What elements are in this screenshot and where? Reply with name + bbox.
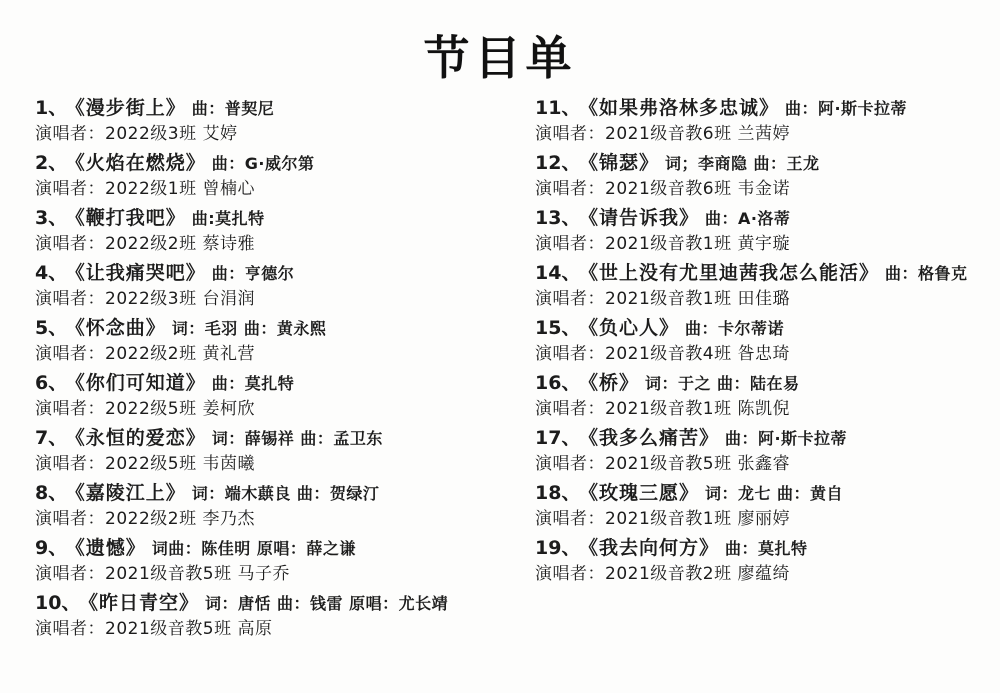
song-title: 《桥》	[588, 372, 639, 394]
item-number: 14、	[535, 262, 580, 284]
song-credits: 曲：阿·斯卡拉蒂	[725, 429, 847, 448]
program-item-heading: 12、《锦瑟》词；李商隐 曲：王龙	[535, 151, 995, 176]
program-item: 13、《请告诉我》曲：A·洛蒂 演唱者：2021级音教1班 黄宇璇	[535, 206, 995, 256]
song-title: 《漫步街上》	[75, 97, 186, 119]
performer-line: 演唱者：2022级2班 蔡诗雅	[35, 232, 535, 256]
song-credits: 曲：A·洛蒂	[705, 209, 790, 228]
song-title: 《请告诉我》	[588, 207, 699, 229]
program-item: 16、《桥》词：于之 曲：陆在易 演唱者：2021级音教1班 陈凯倪	[535, 371, 995, 421]
program-item: 18、《玫瑰三愿》词：龙七 曲：黄自 演唱者：2021级音教1班 廖丽婷	[535, 481, 995, 531]
song-credits: 曲:莫扎特	[192, 209, 265, 228]
song-credits: 曲：格鲁克	[885, 264, 968, 283]
item-number: 17、	[535, 427, 580, 449]
performer-line: 演唱者：2021级音教6班 兰茜婷	[535, 122, 995, 146]
song-title: 《遗憾》	[75, 537, 146, 559]
program-list-right: 11、《如果弗洛林多忠诚》曲：阿·斯卡拉蒂 演唱者：2021级音教6班 兰茜婷 …	[535, 96, 995, 646]
song-title: 《火焰在燃烧》	[75, 152, 206, 174]
performer-line: 演唱者：2021级音教1班 黄宇璇	[535, 232, 995, 256]
performer-line: 演唱者：2022级3班 台涓润	[35, 287, 535, 311]
program-item-heading: 19、《我去向何方》曲：莫扎特	[535, 536, 995, 561]
program-item-heading: 16、《桥》词：于之 曲：陆在易	[535, 371, 995, 396]
performer-line: 演唱者：2021级音教5班 张鑫睿	[535, 452, 995, 476]
program-item: 2、《火焰在燃烧》曲：G·威尔第 演唱者：2022级1班 曾楠心	[35, 151, 535, 201]
song-credits: 词：龙七 曲：黄自	[705, 484, 843, 503]
song-title: 《你们可知道》	[75, 372, 206, 394]
program-item-heading: 7、《永恒的爱恋》词：薛锡祥 曲：孟卫东	[35, 426, 535, 451]
item-number: 9、	[35, 537, 67, 559]
program-sheet: 节目单 1、《漫步街上》曲：普契尼 演唱者：2022级3班 艾婷 2、《火焰在燃…	[0, 0, 1000, 693]
song-credits: 词：唐恬 曲：钱雷 原唱：尤长靖	[205, 594, 448, 613]
program-item: 14、《世上没有尤里迪茜我怎么能活》曲：格鲁克 演唱者：2021级音教1班 田佳…	[535, 261, 995, 311]
song-credits: 词：薛锡祥 曲：孟卫东	[212, 429, 383, 448]
item-number: 2、	[35, 152, 67, 174]
program-item: 12、《锦瑟》词；李商隐 曲：王龙 演唱者：2021级音教6班 韦金诺	[535, 151, 995, 201]
item-number: 18、	[535, 482, 580, 504]
item-number: 4、	[35, 262, 67, 284]
program-item-heading: 8、《嘉陵江上》词：端木蕻良 曲：贺绿汀	[35, 481, 535, 506]
song-title: 《锦瑟》	[588, 152, 659, 174]
item-number: 10、	[35, 592, 80, 614]
program-item: 19、《我去向何方》曲：莫扎特 演唱者：2021级音教2班 廖蕴绮	[535, 536, 995, 586]
item-number: 12、	[535, 152, 580, 174]
program-item-heading: 6、《你们可知道》曲：莫扎特	[35, 371, 535, 396]
program-item: 8、《嘉陵江上》词：端木蕻良 曲：贺绿汀 演唱者：2022级2班 李乃杰	[35, 481, 535, 531]
item-number: 3、	[35, 207, 67, 229]
song-title: 《鞭打我吧》	[75, 207, 186, 229]
item-number: 13、	[535, 207, 580, 229]
program-item: 15、《负心人》曲：卡尔蒂诺 演唱者：2021级音教4班 昝忠琦	[535, 316, 995, 366]
program-item-heading: 15、《负心人》曲：卡尔蒂诺	[535, 316, 995, 341]
performer-line: 演唱者：2022级5班 韦茵曦	[35, 452, 535, 476]
performer-line: 演唱者：2022级2班 李乃杰	[35, 507, 535, 531]
song-title: 《玫瑰三愿》	[588, 482, 699, 504]
song-credits: 词：端木蕻良 曲：贺绿汀	[192, 484, 380, 503]
song-title: 《昨日青空》	[88, 592, 199, 614]
program-item-heading: 14、《世上没有尤里迪茜我怎么能活》曲：格鲁克	[535, 261, 995, 286]
song-title: 《嘉陵江上》	[75, 482, 186, 504]
program-item: 7、《永恒的爱恋》词：薛锡祥 曲：孟卫东 演唱者：2022级5班 韦茵曦	[35, 426, 535, 476]
performer-line: 演唱者：2021级音教2班 廖蕴绮	[535, 562, 995, 586]
song-credits: 词；李商隐 曲：王龙	[665, 154, 820, 173]
program-item-heading: 2、《火焰在燃烧》曲：G·威尔第	[35, 151, 535, 176]
performer-line: 演唱者：2022级5班 姜柯欣	[35, 397, 535, 421]
item-number: 11、	[535, 97, 580, 119]
program-item: 3、《鞭打我吧》曲:莫扎特 演唱者：2022级2班 蔡诗雅	[35, 206, 535, 256]
program-item: 1、《漫步街上》曲：普契尼 演唱者：2022级3班 艾婷	[35, 96, 535, 146]
program-columns: 1、《漫步街上》曲：普契尼 演唱者：2022级3班 艾婷 2、《火焰在燃烧》曲：…	[35, 96, 995, 646]
item-number: 1、	[35, 97, 67, 119]
song-title: 《我去向何方》	[588, 537, 719, 559]
program-list-left: 1、《漫步街上》曲：普契尼 演唱者：2022级3班 艾婷 2、《火焰在燃烧》曲：…	[35, 96, 535, 646]
performer-line: 演唱者：2022级1班 曾楠心	[35, 177, 535, 201]
program-item: 4、《让我痛哭吧》曲：亨德尔 演唱者：2022级3班 台涓润	[35, 261, 535, 311]
song-title: 《怀念曲》	[75, 317, 166, 339]
song-title: 《世上没有尤里迪茜我怎么能活》	[588, 262, 879, 284]
program-item-heading: 18、《玫瑰三愿》词：龙七 曲：黄自	[535, 481, 995, 506]
program-item: 5、《怀念曲》词：毛羽 曲：黄永熙 演唱者：2022级2班 黄礼营	[35, 316, 535, 366]
performer-line: 演唱者：2021级音教6班 韦金诺	[535, 177, 995, 201]
item-number: 6、	[35, 372, 67, 394]
song-title: 《负心人》	[588, 317, 679, 339]
program-item-heading: 4、《让我痛哭吧》曲：亨德尔	[35, 261, 535, 286]
song-credits: 曲：普契尼	[192, 99, 275, 118]
program-item: 10、《昨日青空》词：唐恬 曲：钱雷 原唱：尤长靖 演唱者：2021级音教5班 …	[35, 591, 535, 641]
item-number: 15、	[535, 317, 580, 339]
program-item-heading: 11、《如果弗洛林多忠诚》曲：阿·斯卡拉蒂	[535, 96, 995, 121]
song-title: 《永恒的爱恋》	[75, 427, 206, 449]
program-item: 11、《如果弗洛林多忠诚》曲：阿·斯卡拉蒂 演唱者：2021级音教6班 兰茜婷	[535, 96, 995, 146]
performer-line: 演唱者：2021级音教1班 陈凯倪	[535, 397, 995, 421]
program-item: 9、《遗憾》词曲：陈佳明 原唱：薛之谦 演唱者：2021级音教5班 马子乔	[35, 536, 535, 586]
song-credits: 曲：卡尔蒂诺	[685, 319, 784, 338]
performer-line: 演唱者：2021级音教5班 马子乔	[35, 562, 535, 586]
song-title: 《如果弗洛林多忠诚》	[588, 97, 779, 119]
program-item-heading: 17、《我多么痛苦》曲：阿·斯卡拉蒂	[535, 426, 995, 451]
song-credits: 曲：亨德尔	[212, 264, 295, 283]
song-credits: 词：于之 曲：陆在易	[645, 374, 800, 393]
song-credits: 曲：莫扎特	[212, 374, 295, 393]
song-credits: 曲：G·威尔第	[212, 154, 315, 173]
item-number: 19、	[535, 537, 580, 559]
item-number: 8、	[35, 482, 67, 504]
page-title: 节目单	[0, 0, 1000, 88]
song-credits: 词：毛羽 曲：黄永熙	[172, 319, 327, 338]
song-title: 《让我痛哭吧》	[75, 262, 206, 284]
song-title: 《我多么痛苦》	[588, 427, 719, 449]
song-credits: 词曲：陈佳明 原唱：薛之谦	[152, 539, 356, 558]
program-item: 17、《我多么痛苦》曲：阿·斯卡拉蒂 演唱者：2021级音教5班 张鑫睿	[535, 426, 995, 476]
program-item-heading: 1、《漫步街上》曲：普契尼	[35, 96, 535, 121]
song-credits: 曲：莫扎特	[725, 539, 808, 558]
program-item: 6、《你们可知道》曲：莫扎特 演唱者：2022级5班 姜柯欣	[35, 371, 535, 421]
program-item-heading: 13、《请告诉我》曲：A·洛蒂	[535, 206, 995, 231]
performer-line: 演唱者：2021级音教1班 廖丽婷	[535, 507, 995, 531]
program-item-heading: 9、《遗憾》词曲：陈佳明 原唱：薛之谦	[35, 536, 535, 561]
item-number: 7、	[35, 427, 67, 449]
performer-line: 演唱者：2021级音教5班 高原	[35, 617, 535, 641]
program-item-heading: 3、《鞭打我吧》曲:莫扎特	[35, 206, 535, 231]
song-credits: 曲：阿·斯卡拉蒂	[785, 99, 907, 118]
performer-line: 演唱者：2021级音教4班 昝忠琦	[535, 342, 995, 366]
item-number: 5、	[35, 317, 67, 339]
performer-line: 演唱者：2021级音教1班 田佳璐	[535, 287, 995, 311]
performer-line: 演唱者：2022级2班 黄礼营	[35, 342, 535, 366]
item-number: 16、	[535, 372, 580, 394]
performer-line: 演唱者：2022级3班 艾婷	[35, 122, 535, 146]
program-item-heading: 10、《昨日青空》词：唐恬 曲：钱雷 原唱：尤长靖	[35, 591, 535, 616]
program-item-heading: 5、《怀念曲》词：毛羽 曲：黄永熙	[35, 316, 535, 341]
